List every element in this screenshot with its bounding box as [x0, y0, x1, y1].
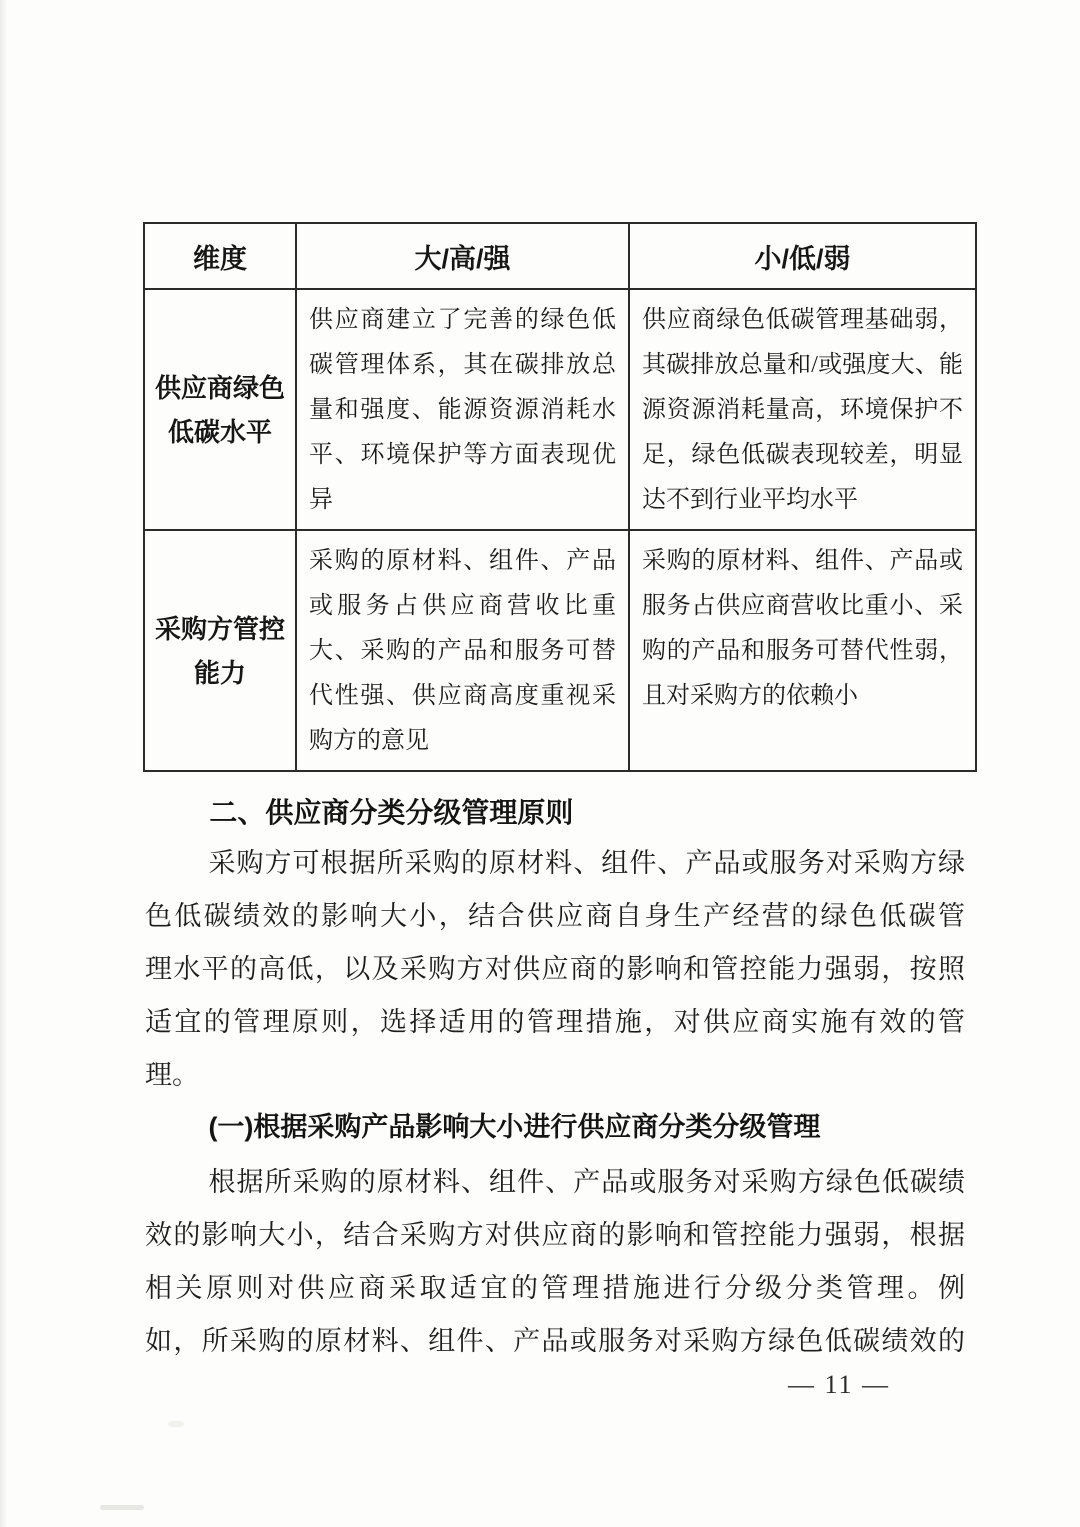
scan-artifact [168, 1421, 184, 1427]
table-row: 供应商绿色低碳水平 供应商建立了完善的绿色低碳管理体系，其在碳排放总量和强度、能… [144, 289, 976, 530]
text-line: 适宜的管理原则，选择适用的管理措施，对供应商实施有效的管 [145, 996, 965, 1049]
text-line: 理。 [145, 1049, 965, 1102]
text-line: 相关原则对供应商采取适宜的管理措施进行分级分类管理。例 [145, 1262, 965, 1315]
text-line: 理水平的高低，以及采购方对供应商的影响和管控能力强弱，按照 [145, 943, 965, 996]
text-line: 根据所采购的原材料、组件、产品或服务对采购方绿色低碳绩 [145, 1156, 965, 1209]
document-page: 维度 大/高/强 小/低/弱 供应商绿色低碳水平 供应商建立了完善的绿色低碳管理… [0, 0, 1080, 1527]
text-line: 如，所采购的原材料、组件、产品或服务对采购方绿色低碳绩效的 [145, 1315, 965, 1368]
paragraph-2: 根据所采购的原材料、组件、产品或服务对采购方绿色低碳绩 效的影响大小，结合采购方… [145, 1156, 965, 1368]
text-line: 采购方可根据所采购的原材料、组件、产品或服务对采购方绿 [145, 837, 965, 890]
scan-edge-shadow [0, 0, 7, 1527]
table-row: 采购方管控能力 采购的原材料、组件、产品或服务占供应商营收比重大、采购的产品和服… [144, 530, 976, 771]
paragraph-1: 采购方可根据所采购的原材料、组件、产品或服务对采购方绿 色低碳绩效的影响大小，结… [145, 837, 965, 1102]
table-header-dimension: 维度 [144, 223, 296, 289]
text-line: 效的影响大小，结合采购方对供应商的影响和管控能力强弱，根据 [145, 1209, 965, 1262]
supplier-dimension-table: 维度 大/高/强 小/低/弱 供应商绿色低碳水平 供应商建立了完善的绿色低碳管理… [143, 222, 977, 772]
table-header-strong: 大/高/强 [296, 223, 629, 289]
row-strong-cell: 采购的原材料、组件、产品或服务占供应商营收比重大、采购的产品和服务可替代性强、供… [296, 530, 629, 771]
row-weak-cell: 供应商绿色低碳管理基础弱，其碳排放总量和/或强度大、能源资源消耗量高，环境保护不… [629, 289, 976, 530]
section-heading: 二、供应商分类分级管理原则 [145, 786, 965, 839]
scan-artifact [100, 1505, 144, 1510]
text-line: 色低碳绩效的影响大小，结合供应商自身生产经营的绿色低碳管 [145, 890, 965, 943]
row-dimension-label: 采购方管控能力 [144, 530, 296, 771]
table-header-weak: 小/低/弱 [629, 223, 976, 289]
page-number: — 11 — [145, 1370, 890, 1400]
subsection-heading: (一)根据采购产品影响大小进行供应商分类分级管理 [145, 1101, 965, 1154]
row-weak-cell: 采购的原材料、组件、产品或服务占供应商营收比重小、采购的产品和服务可替代性弱，且… [629, 530, 976, 771]
table-header-row: 维度 大/高/强 小/低/弱 [144, 223, 976, 289]
row-strong-cell: 供应商建立了完善的绿色低碳管理体系，其在碳排放总量和强度、能源资源消耗水平、环境… [296, 289, 629, 530]
row-dimension-label: 供应商绿色低碳水平 [144, 289, 296, 530]
